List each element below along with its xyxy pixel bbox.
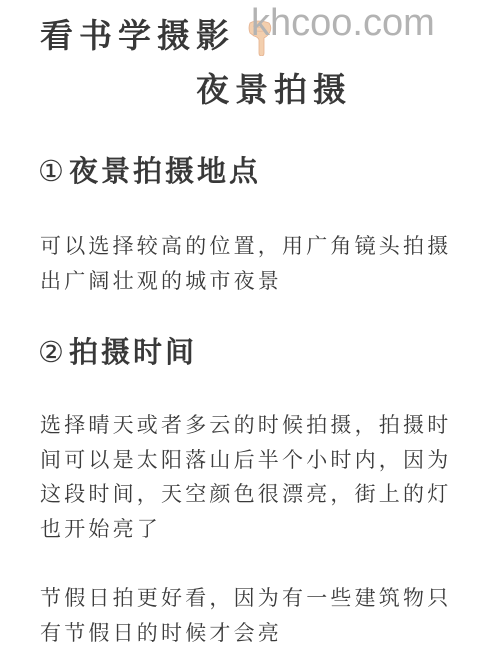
section-number-1: ① [38,154,67,188]
section-heading-text: 夜景拍摄地点 [69,154,261,188]
section-heading-text: 拍摄时间 [69,335,197,369]
paragraph-line: 节假日拍更好看，因为有一些建筑物只 [40,581,460,616]
page-title-line2: 夜景拍摄 [196,68,352,112]
article-page: 看书学摄影 khcoo.com 夜景拍摄 ①夜景拍摄地点 可以选择较高的位置，用… [0,0,500,654]
paragraph-line: 选择晴天或者多云的时候拍摄，拍摄时 [40,408,460,443]
paragraph-line: 间可以是太阳落山后半个小时内，因为 [40,443,460,478]
paragraph-line: 这段时间，天空颜色很漂亮，街上的灯 [40,477,460,512]
watermark: khcoo.com [251,0,435,46]
paragraph-line: 有节假日的时候才会亮 [40,616,460,651]
paragraph-location: 可以选择较高的位置，用广角镜头拍摄 出广阔壮观的城市夜景 [40,229,460,298]
paragraph-time: 选择晴天或者多云的时候拍摄，拍摄时 间可以是太阳落山后半个小时内，因为 这段时间… [40,408,460,546]
paragraph-holidays: 节假日拍更好看，因为有一些建筑物只 有节假日的时候才会亮 [40,581,460,650]
paragraph-line: 出广阔壮观的城市夜景 [40,264,460,299]
section-heading-location: ①夜景拍摄地点 [38,151,261,191]
page-title-line1: 看书学摄影 [40,14,235,58]
paragraph-line: 也开始亮了 [40,512,460,547]
section-number-2: ② [38,335,67,369]
section-heading-time: ②拍摄时间 [38,332,197,372]
paragraph-line: 可以选择较高的位置，用广角镜头拍摄 [40,229,460,264]
